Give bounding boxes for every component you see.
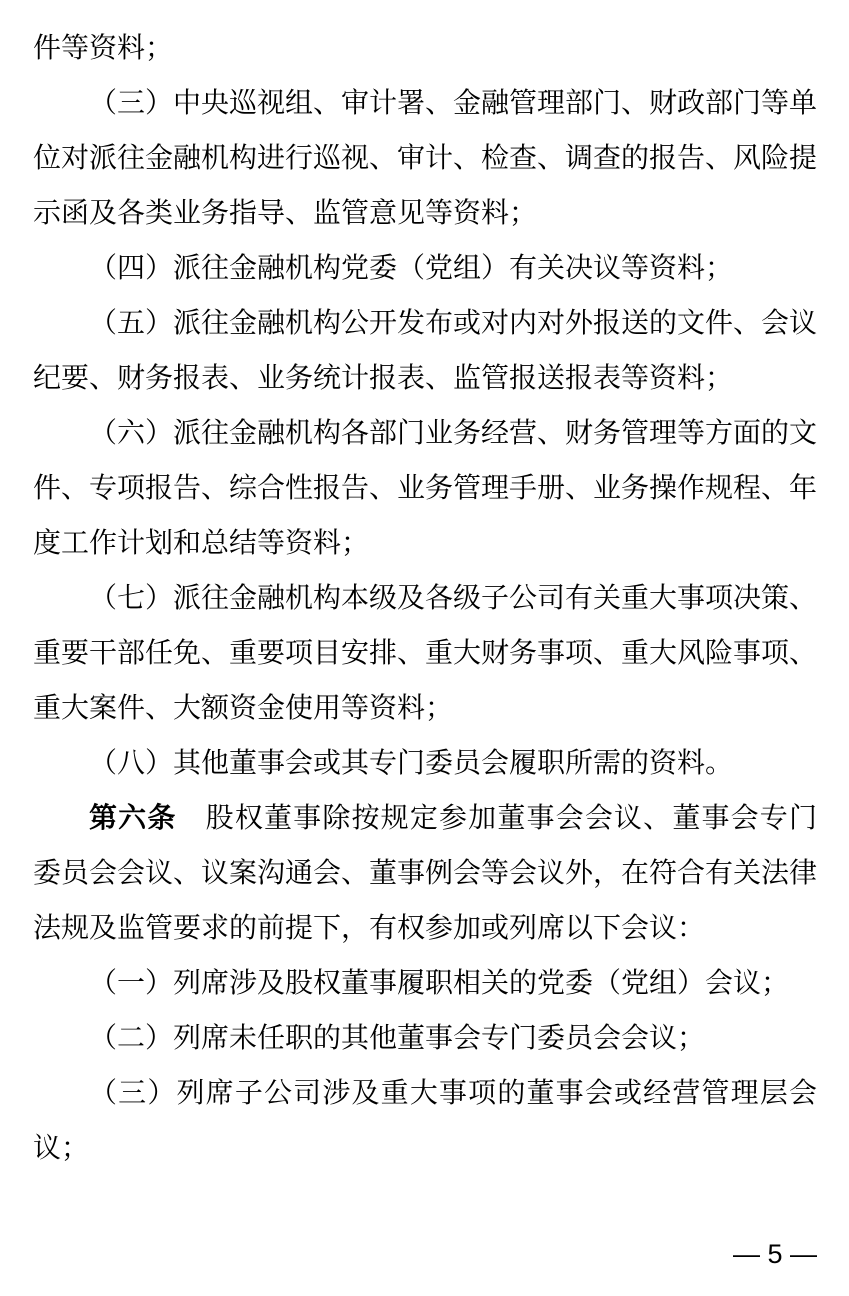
paragraph: 件等资料； — [33, 20, 817, 75]
page-number: — 5 — — [733, 1239, 817, 1269]
paragraph: （三）中央巡视组、审计署、金融管理部门、财政部门等单位对派往金融机构进行巡视、审… — [33, 75, 817, 240]
document-page: 件等资料；（三）中央巡视组、审计署、金融管理部门、财政部门等单位对派往金融机构进… — [0, 0, 849, 1296]
paragraph: （八）其他董事会或其专门委员会履职所需的资料。 — [33, 735, 817, 790]
paragraph: （二）列席未任职的其他董事会专门委员会会议； — [33, 1010, 817, 1065]
paragraph: （五）派往金融机构公开发布或对内对外报送的文件、会议纪要、财务报表、业务统计报表… — [33, 295, 817, 405]
paragraph: （三）列席子公司涉及重大事项的董事会或经营管理层会议； — [33, 1065, 817, 1175]
paragraph: （七）派往金融机构本级及各级子公司有关重大事项决策、重要干部任免、重要项目安排、… — [33, 570, 817, 735]
paragraph: 第六条 股权董事除按规定参加董事会会议、董事会专门委员会会议、议案沟通会、董事例… — [33, 790, 817, 955]
article-number: 第六条 — [89, 802, 177, 833]
document-body: 件等资料；（三）中央巡视组、审计署、金融管理部门、财政部门等单位对派往金融机构进… — [33, 20, 817, 1175]
page-footer: — 5 — — [733, 1238, 817, 1270]
paragraph: （一）列席涉及股权董事履职相关的党委（党组）会议； — [33, 955, 817, 1010]
paragraph: （四）派往金融机构党委（党组）有关决议等资料； — [33, 240, 817, 295]
paragraph: （六）派往金融机构各部门业务经营、财务管理等方面的文件、专项报告、综合性报告、业… — [33, 405, 817, 570]
